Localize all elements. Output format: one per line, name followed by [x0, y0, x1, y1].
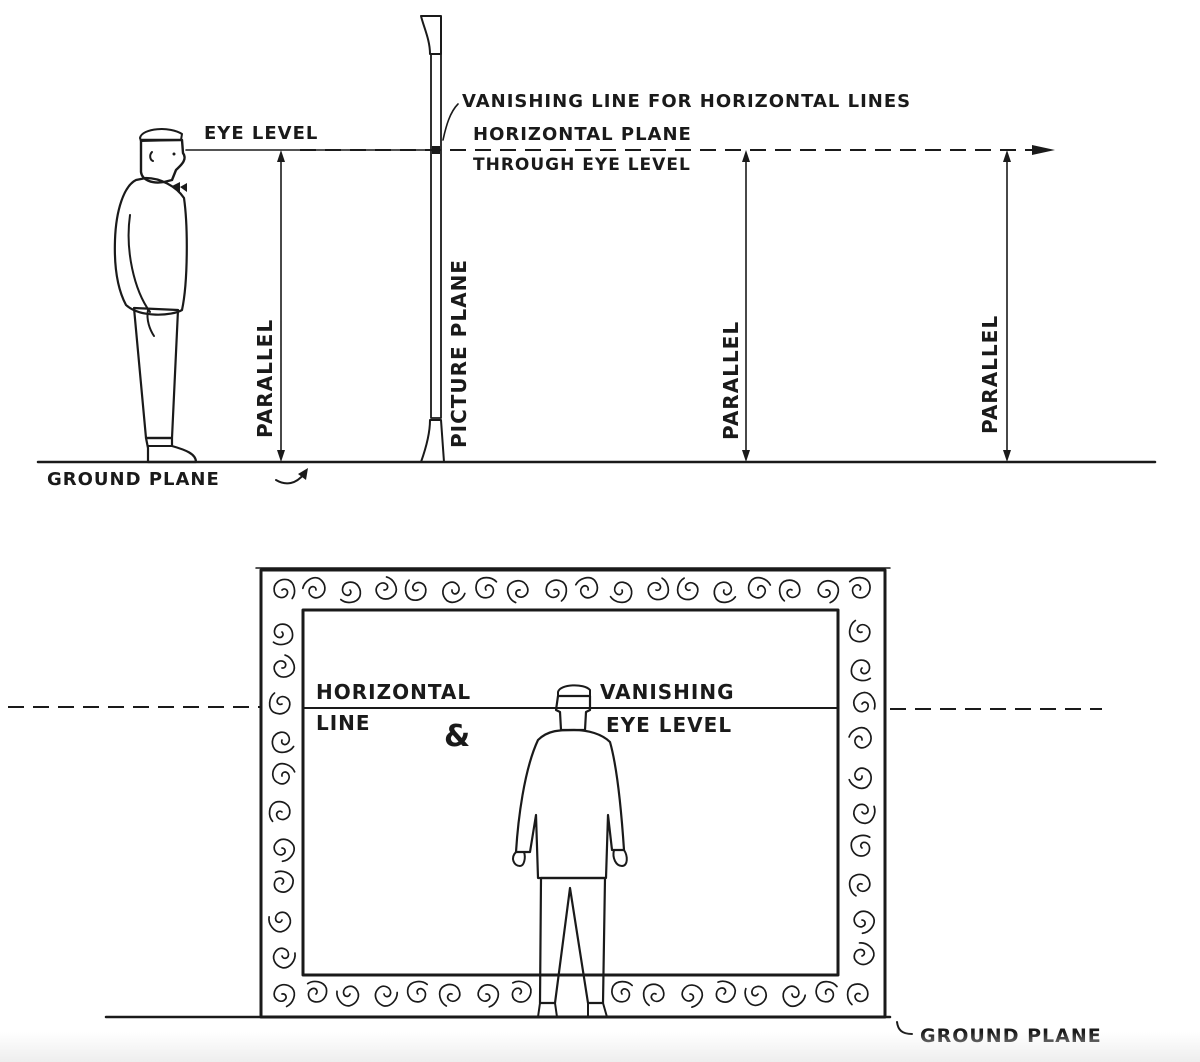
vanishing-line-label: VANISHING LINE FOR HORIZONTAL LINES [462, 91, 911, 112]
eye-level-label: EYE LEVEL [204, 123, 318, 144]
man-side-view [115, 129, 196, 462]
bottom-edge-shade [0, 1032, 1200, 1062]
horizontal-label: HORIZONTAL [316, 680, 471, 704]
parallel-label-1: PARALLEL [253, 319, 277, 438]
horizontal-plane-label-1: HORIZONTAL PLANE [473, 124, 692, 145]
arrow-head-right [1032, 145, 1055, 155]
parallel-label-2: PARALLEL [719, 321, 743, 440]
side-view: PARALLEL PICTURE PLANE EYE LEVEL VANISHI… [38, 16, 1155, 490]
ground-plane-label-top: GROUND PLANE [47, 469, 220, 490]
parallel-label-3: PARALLEL [978, 315, 1002, 434]
spiral-ornaments [267, 574, 878, 1011]
ampersand-symbol: & [444, 719, 471, 754]
ornate-picture-frame [256, 568, 890, 1017]
perspective-diagram: PARALLEL PICTURE PLANE EYE LEVEL VANISHI… [0, 0, 1200, 1062]
ground-plane-curved-arrow [276, 474, 304, 483]
vanishing-label: VANISHING [600, 680, 735, 704]
front-view: HORIZONTAL LINE & VANISHING EYE LEVEL GR… [8, 568, 1102, 1047]
line-label: LINE [316, 711, 371, 735]
picture-plane-label: PICTURE PLANE [447, 259, 471, 448]
horizontal-plane-label-2: THROUGH EYE LEVEL [473, 155, 691, 175]
eye-level-label-front: EYE LEVEL [606, 713, 732, 737]
picture-plane-post [421, 16, 444, 462]
vanishing-line-leader [443, 104, 458, 140]
